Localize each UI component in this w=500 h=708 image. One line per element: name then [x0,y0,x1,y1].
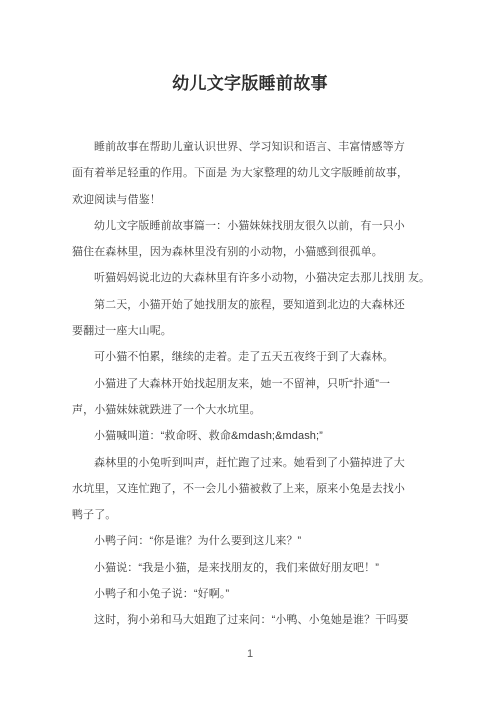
story-line: 要翻过一座大山呢。 [72,318,464,344]
story-line: 听猫妈妈说北边的大森林里有许多小动物，小猫决定去那儿找朋 友。 [72,265,464,291]
story-line: 水坑里，又连忙跑了，不一会儿小猫被救了上来，原来小兔是去找小 [72,476,464,502]
story-line: 森林里的小兔听到叫声，赶忙跑了过来。她看到了小猫掉进了大 [72,450,464,476]
story-line: 这时，狗小弟和马大姐跑了过来问：“小鸭、小兔她是谁？干吗要 [72,607,464,633]
document-title: 幼儿文字版睡前故事 [0,72,500,96]
story-line: 小鸭子和小兔子说：“好啊。” [72,581,464,607]
page-number: 1 [0,647,500,661]
story-line: 小猫说：“我是小猫，是来找朋友的，我们来做好朋友吧！” [72,555,464,581]
document-page: 幼儿文字版睡前故事 睡前故事在帮助儿童认识世界、学习知识和语言、丰富情感等方面有… [0,0,500,708]
story-line: 睡前故事在帮助儿童认识世界、学习知识和语言、丰富情感等方 [72,134,464,160]
story-line: 幼儿文字版睡前故事篇一：小猫妹妹找朋友很久以前，有一只小 [72,213,464,239]
story-line: 第二天，小猫开始了她找朋友的旅程，要知道到北边的大森林还 [72,292,464,318]
story-line: 小鸭子问：“你是谁？为什么要到这儿来？” [72,528,464,554]
story-line: 猫住在森林里，因为森林里没有别的小动物，小猫感到很孤单。 [72,239,464,265]
story-line: 小猫喊叫道：“救命呀、救命&mdash;&mdash;” [72,423,464,449]
story-line: 声，小猫妹妹就跌进了一个大水坑里。 [72,397,464,423]
story-line: 欢迎阅读与借鉴！ [72,187,464,213]
story-body: 睡前故事在帮助儿童认识世界、学习知识和语言、丰富情感等方面有着举足轻重的作用。下… [72,134,464,634]
story-line: 小猫进了大森林开始找起朋友来，她一不留神，只听“扑通”一 [72,371,464,397]
story-line: 鸭子了。 [72,502,464,528]
story-line: 面有着举足轻重的作用。下面是 为大家整理的幼儿文字版睡前故事， [72,160,464,186]
story-line: 可小猫不怕累，继续的走着。走了五天五夜终于到了大森林。 [72,344,464,370]
